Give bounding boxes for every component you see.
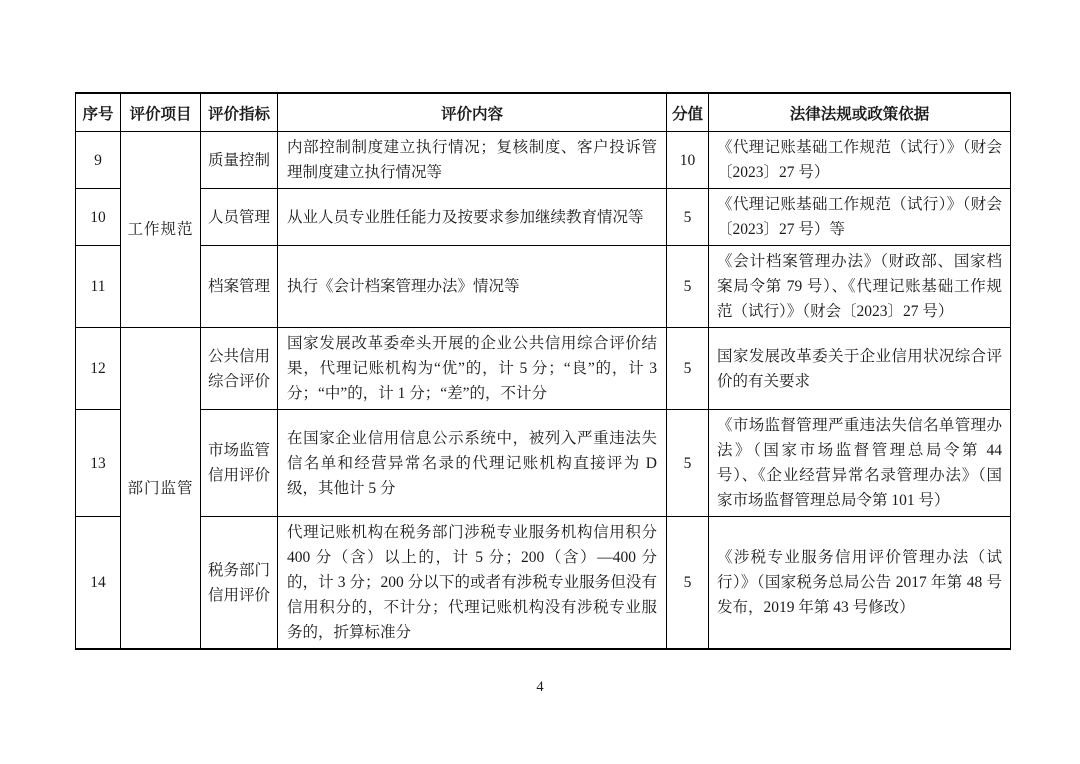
column-header-basis: 法律法规或政策依据 bbox=[709, 93, 1011, 132]
page-number: 4 bbox=[0, 679, 1080, 696]
cell-content: 代理记账机构在税务部门涉税专业服务机构信用积分 400 分（含）以上的，计 5 … bbox=[278, 517, 667, 650]
table-header-row: 序号 评价项目 评价指标 评价内容 分值 法律法规或政策依据 bbox=[76, 93, 1011, 132]
cell-indicator: 税务部门信用评价 bbox=[201, 517, 278, 650]
cell-basis: 《代理记账基础工作规范（试行）》（财会〔2023〕27 号） bbox=[709, 132, 1011, 189]
column-header-indicator: 评价指标 bbox=[201, 93, 278, 132]
cell-indicator: 公共信用综合评价 bbox=[201, 328, 278, 410]
cell-score: 5 bbox=[667, 189, 709, 246]
table-row: 14 税务部门信用评价 代理记账机构在税务部门涉税专业服务机构信用积分 400 … bbox=[76, 517, 1011, 650]
cell-basis: 《代理记账基础工作规范（试行）》（财会〔2023〕27 号）等 bbox=[709, 189, 1011, 246]
cell-group-department-supervision: 部门监管 bbox=[121, 328, 201, 650]
cell-row-no: 9 bbox=[76, 132, 121, 189]
table-row: 10 人员管理 从业人员专业胜任能力及按要求参加继续教育情况等 5 《代理记账基… bbox=[76, 189, 1011, 246]
column-header-score: 分值 bbox=[667, 93, 709, 132]
cell-content: 国家发展改革委牵头开展的企业公共信用综合评价结果，代理记账机构为“优”的，计 5… bbox=[278, 328, 667, 410]
cell-row-no: 13 bbox=[76, 410, 121, 517]
table-row: 13 市场监管信用评价 在国家企业信用信息公示系统中，被列入严重违法失信名单和经… bbox=[76, 410, 1011, 517]
cell-score: 5 bbox=[667, 246, 709, 328]
cell-score: 10 bbox=[667, 132, 709, 189]
cell-indicator: 档案管理 bbox=[201, 246, 278, 328]
cell-score: 5 bbox=[667, 410, 709, 517]
column-header-no: 序号 bbox=[76, 93, 121, 132]
evaluation-table: 序号 评价项目 评价指标 评价内容 分值 法律法规或政策依据 9 工作规范 质量… bbox=[75, 92, 1011, 650]
cell-content: 在国家企业信用信息公示系统中，被列入严重违法失信名单和经营异常名录的代理记账机构… bbox=[278, 410, 667, 517]
table-row: 9 工作规范 质量控制 内部控制制度建立执行情况；复核制度、客户投诉管理制度建立… bbox=[76, 132, 1011, 189]
cell-score: 5 bbox=[667, 517, 709, 650]
cell-group-work-standards: 工作规范 bbox=[121, 132, 201, 328]
cell-basis: 《市场监督管理严重违法失信名单管理办法》（国家市场监督管理总局令第 44 号）、… bbox=[709, 410, 1011, 517]
cell-content: 执行《会计档案管理办法》情况等 bbox=[278, 246, 667, 328]
cell-basis: 国家发展改革委关于企业信用状况综合评价的有关要求 bbox=[709, 328, 1011, 410]
cell-row-no: 14 bbox=[76, 517, 121, 650]
table-row: 11 档案管理 执行《会计档案管理办法》情况等 5 《会计档案管理办法》（财政部… bbox=[76, 246, 1011, 328]
document-page: 序号 评价项目 评价指标 评价内容 分值 法律法规或政策依据 9 工作规范 质量… bbox=[0, 0, 1080, 764]
cell-indicator: 质量控制 bbox=[201, 132, 278, 189]
cell-indicator: 人员管理 bbox=[201, 189, 278, 246]
cell-row-no: 12 bbox=[76, 328, 121, 410]
cell-basis: 《涉税专业服务信用评价管理办法（试行）》（国家税务总局公告 2017 年第 48… bbox=[709, 517, 1011, 650]
cell-content: 内部控制制度建立执行情况；复核制度、客户投诉管理制度建立执行情况等 bbox=[278, 132, 667, 189]
cell-row-no: 11 bbox=[76, 246, 121, 328]
table-row: 12 部门监管 公共信用综合评价 国家发展改革委牵头开展的企业公共信用综合评价结… bbox=[76, 328, 1011, 410]
cell-row-no: 10 bbox=[76, 189, 121, 246]
column-header-content: 评价内容 bbox=[278, 93, 667, 132]
column-header-project: 评价项目 bbox=[121, 93, 201, 132]
cell-indicator: 市场监管信用评价 bbox=[201, 410, 278, 517]
cell-score: 5 bbox=[667, 328, 709, 410]
cell-basis: 《会计档案管理办法》（财政部、国家档案局令第 79 号）、《代理记账基础工作规范… bbox=[709, 246, 1011, 328]
cell-content: 从业人员专业胜任能力及按要求参加继续教育情况等 bbox=[278, 189, 667, 246]
